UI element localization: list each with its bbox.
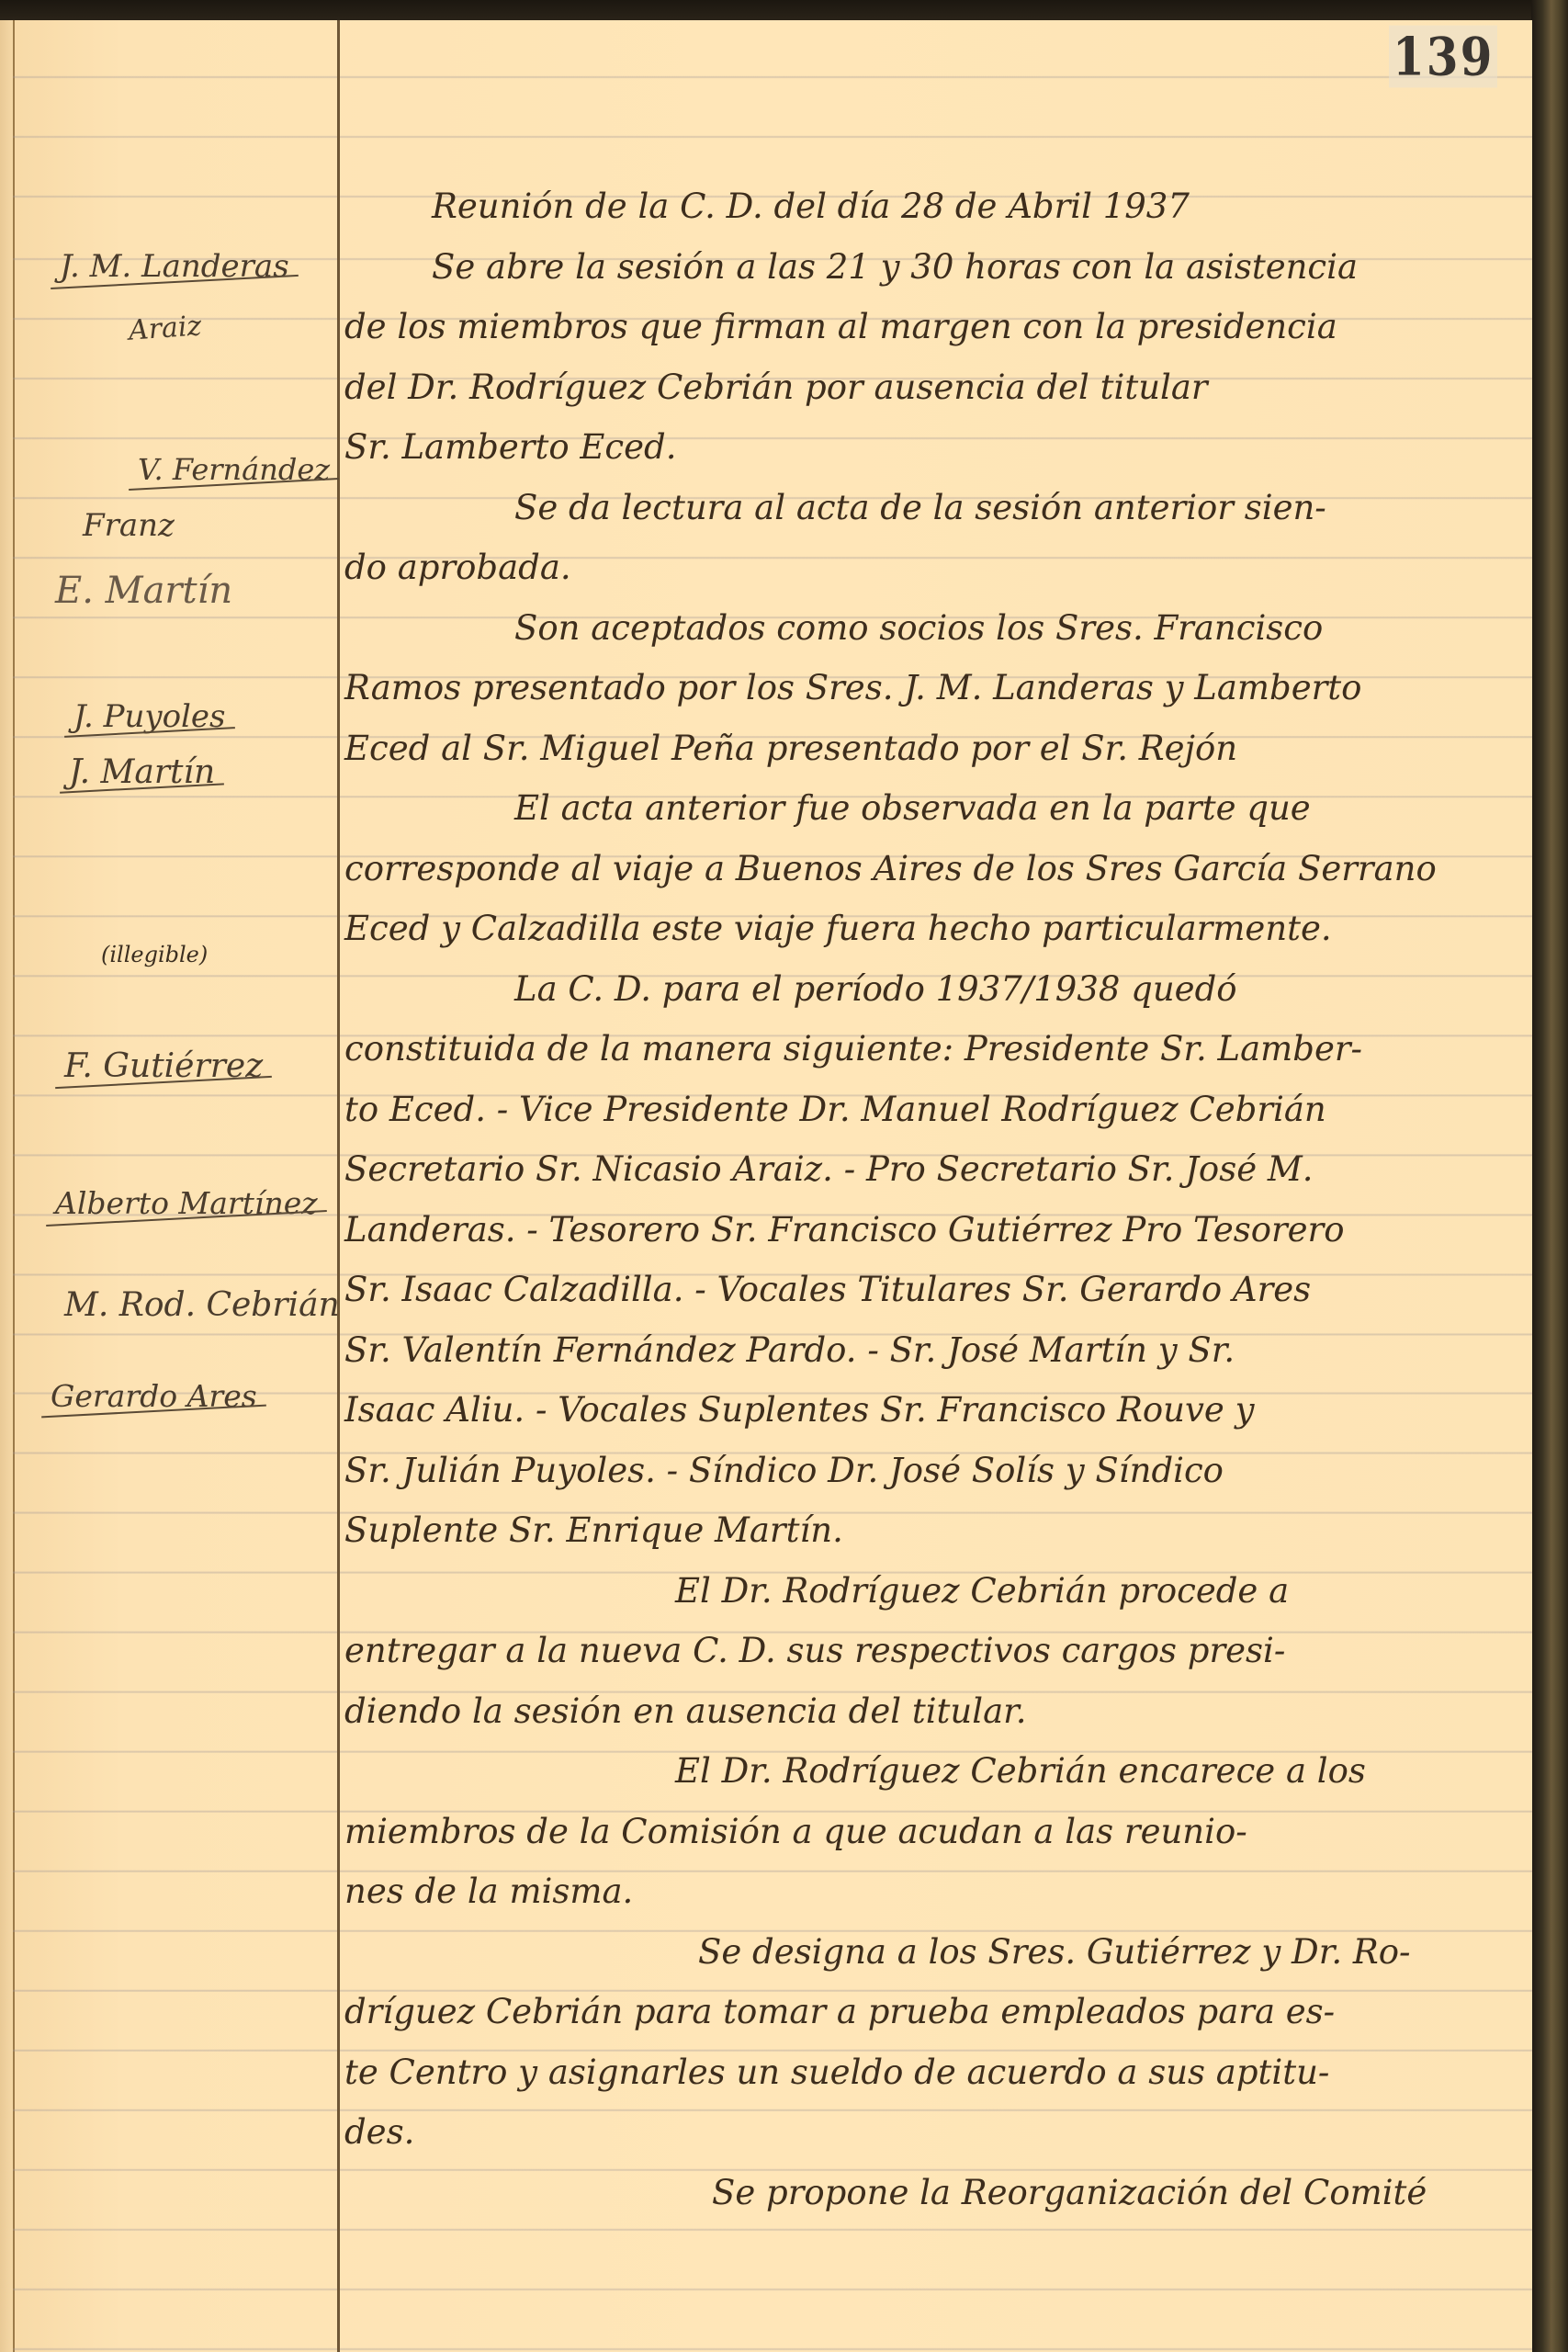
signature: E. Martín xyxy=(55,570,232,612)
signature: (illegible) xyxy=(101,902,208,978)
minutes-line: Se da lectura al acta de la sesión anter… xyxy=(344,478,1529,538)
signature: Gerardo Ares xyxy=(51,1378,257,1414)
minutes-line: de los miembros que firman al margen con… xyxy=(344,297,1529,357)
minutes-line: Son aceptados como socios los Sres. Fran… xyxy=(344,598,1529,659)
minutes-line: del Dr. Rodríguez Cebrián por ausencia d… xyxy=(344,357,1529,418)
signature: Alberto Martínez xyxy=(55,1185,318,1221)
signature: Franz xyxy=(83,507,175,544)
minutes-line: Se abre la sesión a las 21 y 30 horas co… xyxy=(344,237,1529,298)
minutes-line: El Dr. Rodríguez Cebrián procede a xyxy=(344,1561,1529,1622)
margin-signatures: J. M. Landeras Araiz V. Fernández Franz … xyxy=(18,20,335,2352)
minutes-line: Ramos presentado por los Sres. J. M. Lan… xyxy=(344,658,1529,718)
minutes-line: nes de la misma. xyxy=(344,1861,1529,1922)
minutes-line: Suplente Sr. Enrique Martín. xyxy=(344,1500,1529,1561)
minutes-title: Reunión de la C. D. del día 28 de Abril … xyxy=(344,176,1529,237)
minutes-line: te Centro y asignarles un sueldo de acue… xyxy=(344,2042,1529,2103)
minutes-line: dríguez Cebrián para tomar a prueba empl… xyxy=(344,1982,1529,2042)
ledger-page: 139 J. M. Landeras Araiz V. Fernández Fr… xyxy=(0,20,1532,2352)
minutes-line: Sr. Isaac Calzadilla. - Vocales Titulare… xyxy=(344,1260,1529,1320)
minutes-body: Reunión de la C. D. del día 28 de Abril … xyxy=(344,176,1529,2222)
minutes-line: Secretario Sr. Nicasio Araiz. - Pro Secr… xyxy=(344,1139,1529,1200)
signature: J. M. Landeras xyxy=(60,248,289,285)
minutes-line: Sr. Julián Puyoles. - Síndico Dr. José S… xyxy=(344,1441,1529,1501)
signature: J. Puyoles xyxy=(73,698,226,735)
signature: M. Rod. Cebrián xyxy=(64,1286,340,1324)
margin-rule xyxy=(337,20,340,2352)
minutes-line: Eced al Sr. Miguel Peña presentado por e… xyxy=(344,718,1529,779)
signature: Araiz xyxy=(128,310,203,346)
minutes-line: miembros de la Comisión a que acudan a l… xyxy=(344,1802,1529,1862)
minutes-line: des. xyxy=(344,2102,1529,2163)
minutes-line: constituida de la manera siguiente: Pres… xyxy=(344,1019,1529,1080)
minutes-line: El acta anterior fue observada en la par… xyxy=(344,778,1529,839)
signature: J. Martín xyxy=(69,753,215,791)
minutes-line: do aprobada. xyxy=(344,537,1529,598)
minutes-line: to Eced. - Vice Presidente Dr. Manuel Ro… xyxy=(344,1080,1529,1140)
minutes-line: La C. D. para el período 1937/1938 quedó xyxy=(344,959,1529,1020)
minutes-line: Isaac Aliu. - Vocales Suplentes Sr. Fran… xyxy=(344,1380,1529,1441)
minutes-line: Sr. Lamberto Eced. xyxy=(344,417,1529,478)
minutes-line: El Dr. Rodríguez Cebrián encarece a los xyxy=(344,1741,1529,1802)
signature: F. Gutiérrez xyxy=(64,1047,263,1085)
book-binding-top xyxy=(0,0,1568,22)
minutes-line: Se propone la Reorganización del Comité xyxy=(344,2163,1529,2223)
minutes-line: Se designa a los Sres. Gutiérrez y Dr. R… xyxy=(344,1922,1529,1983)
minutes-line: Landeras. - Tesorero Sr. Francisco Gutié… xyxy=(344,1200,1529,1261)
minutes-line: Eced y Calzadilla este viaje fuera hecho… xyxy=(344,899,1529,959)
signature: V. Fernández xyxy=(138,452,330,487)
book-binding-spine xyxy=(1531,0,1568,2352)
minutes-line: Sr. Valentín Fernández Pardo. - Sr. José… xyxy=(344,1320,1529,1381)
page-number: 139 xyxy=(1389,26,1497,88)
minutes-line: corresponde al viaje a Buenos Aires de l… xyxy=(344,839,1529,899)
minutes-line: entregar a la nueva C. D. sus respectivo… xyxy=(344,1621,1529,1681)
minutes-line: diendo la sesión en ausencia del titular… xyxy=(344,1681,1529,1742)
